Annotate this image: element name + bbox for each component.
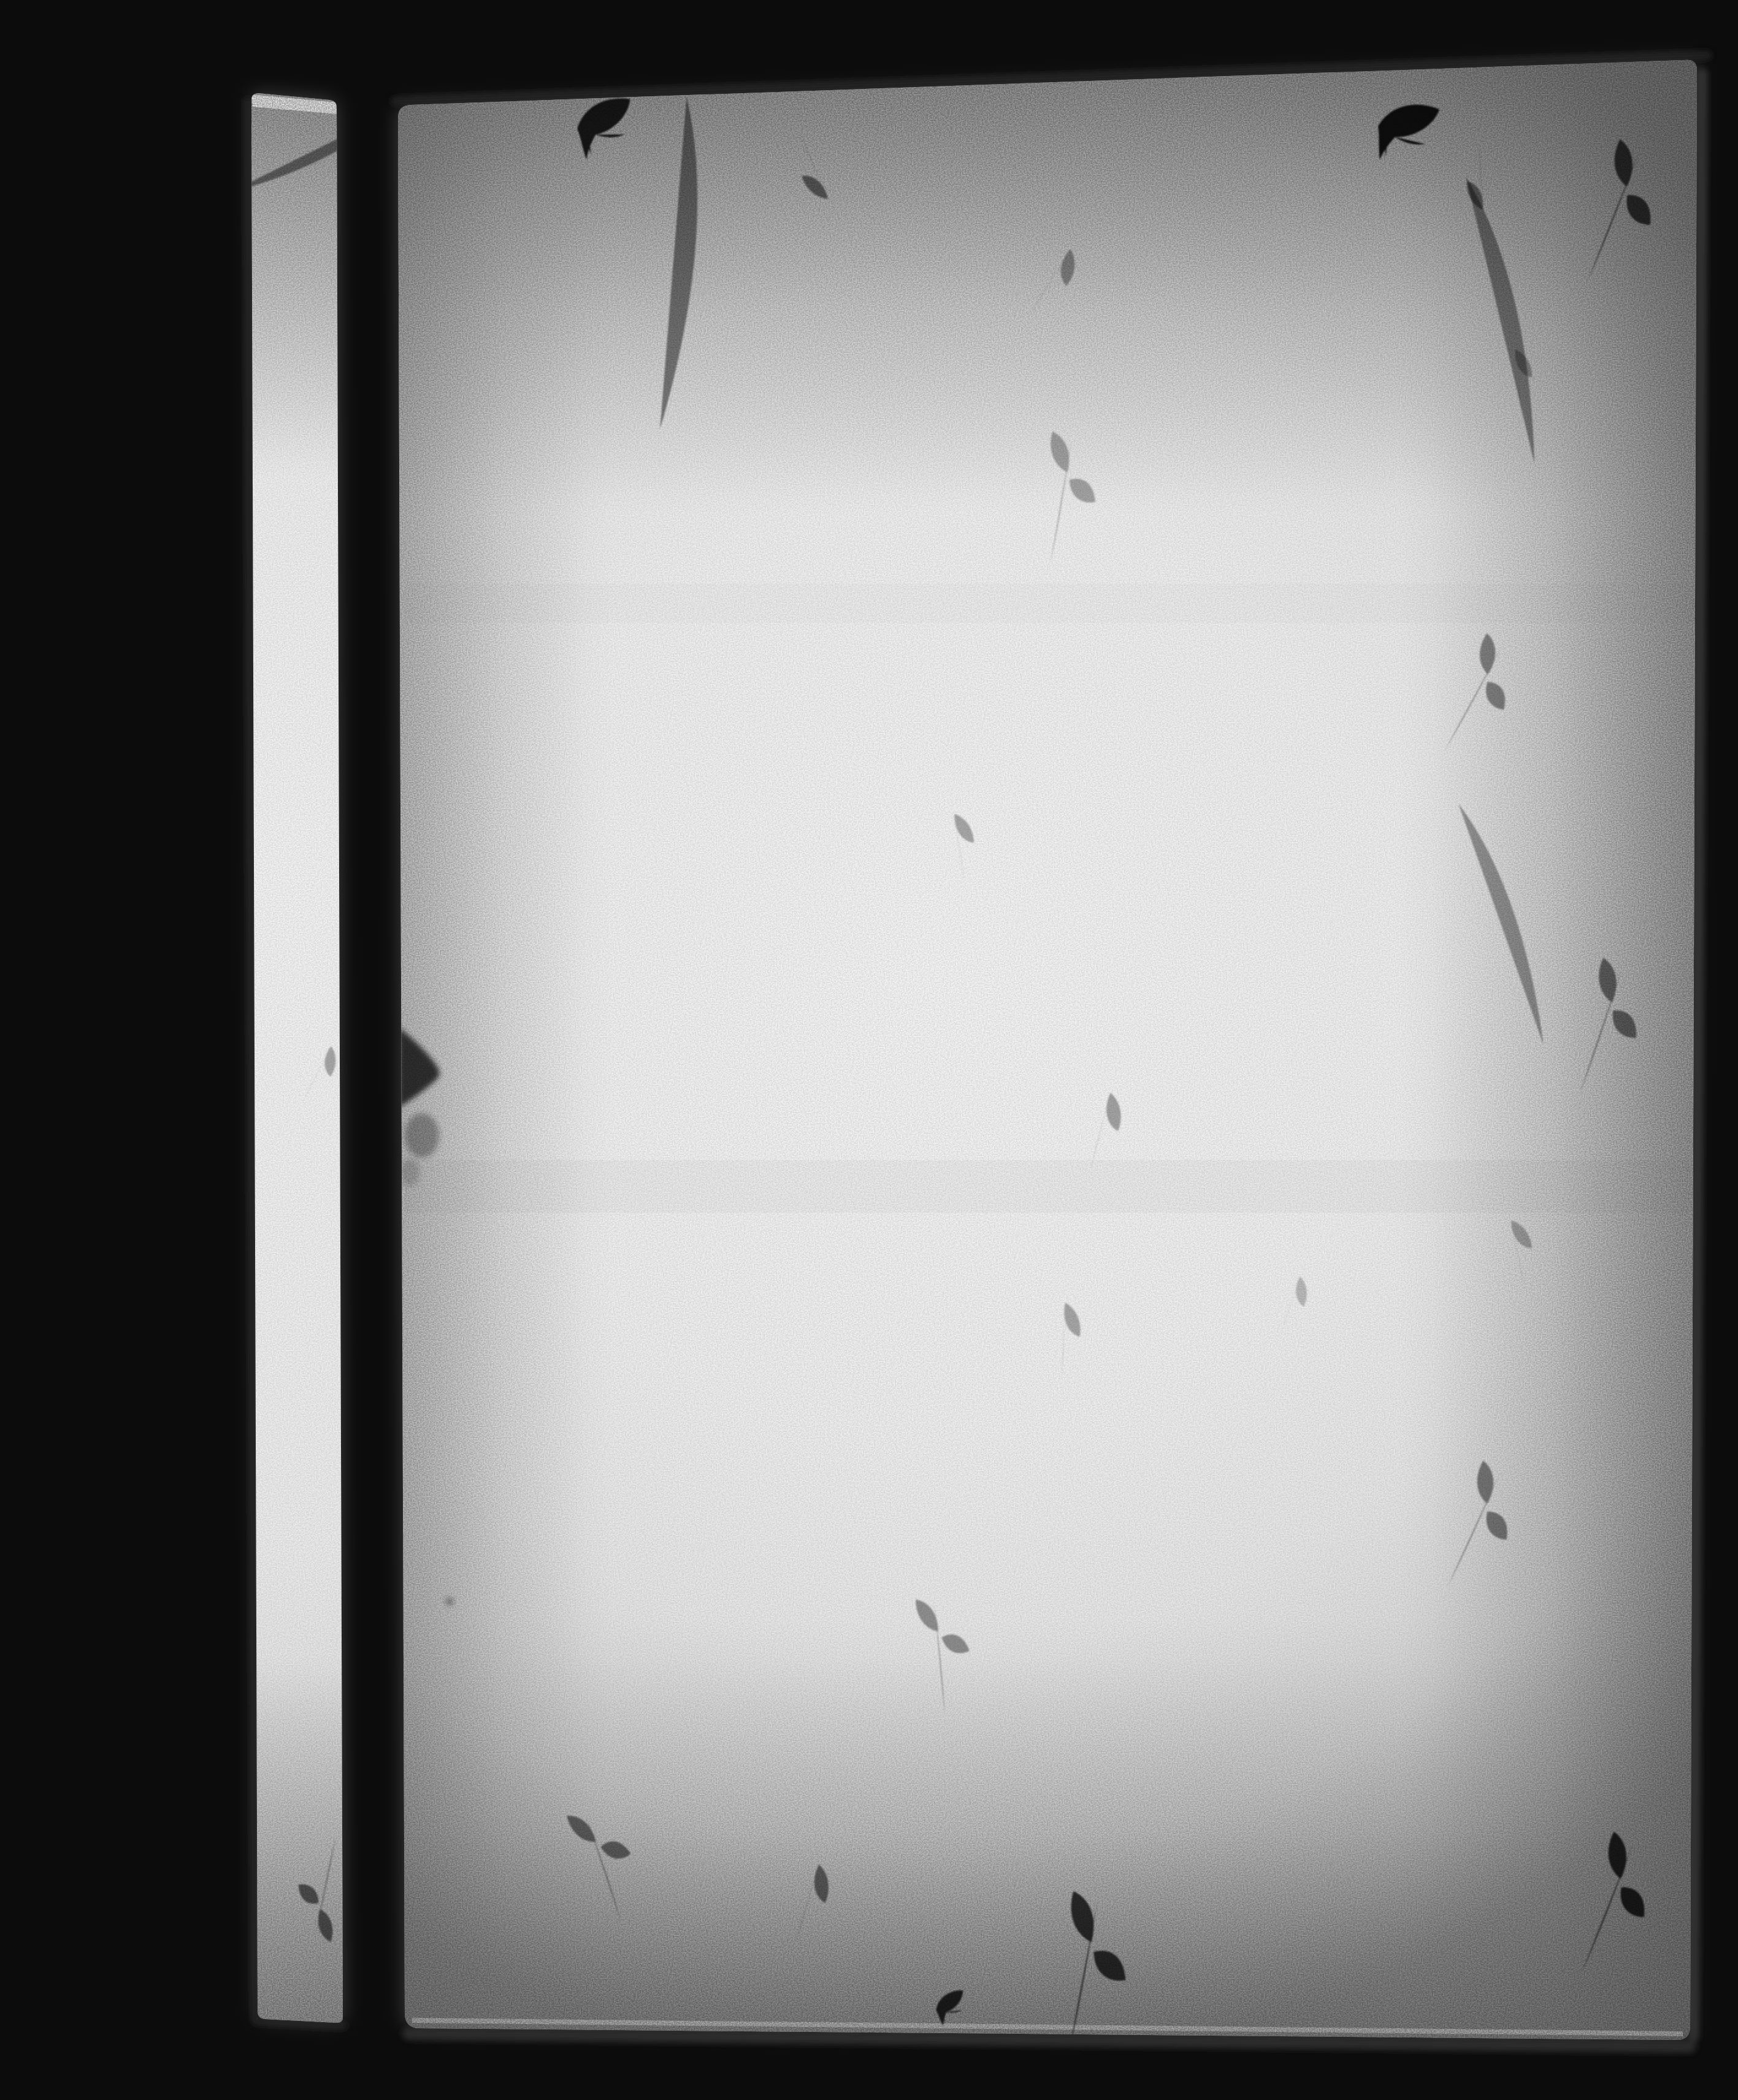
photo-frame xyxy=(0,0,1738,2100)
frosted-glass-photo xyxy=(0,0,1738,2100)
grain-edges xyxy=(0,0,1738,2100)
film-grain xyxy=(0,0,1738,2100)
